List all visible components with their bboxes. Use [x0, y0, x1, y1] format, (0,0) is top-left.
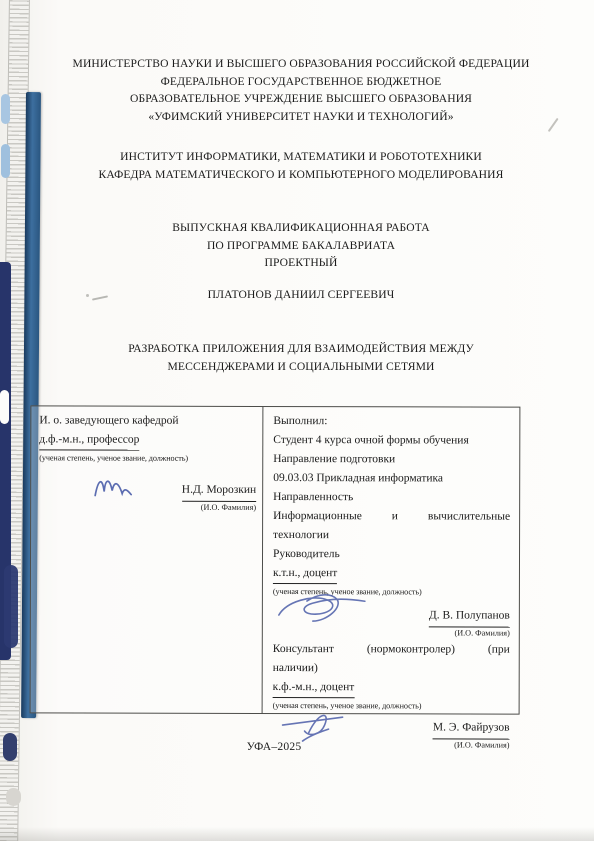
- signature-morozkin: [91, 472, 143, 502]
- consultant-degree: к.ф.-м.н., доцент: [273, 678, 510, 699]
- work-type-line: ВЫПУСКНАЯ КВАЛИФИКАЦИОННАЯ РАБОТА: [34, 219, 568, 237]
- performed-label: Выполнил:: [273, 412, 510, 432]
- consultant-name-row: М. Э. Файрузов: [273, 717, 510, 739]
- dept-head-name: Н.Д. Морозкин: [182, 480, 256, 502]
- university-name: «УФИМСКИЙ УНИВЕРСИТЕТ НАУКИ И ТЕХНОЛОГИЙ…: [34, 108, 568, 126]
- author-name: ПЛАТОНОВ ДАНИИЛ СЕРГЕЕВИЧ: [34, 286, 568, 304]
- supervisor-degree: к.т.н., доцент: [273, 564, 510, 585]
- profile-label: Направленность: [273, 488, 510, 508]
- ministry-line: МИНИСТЕРСТВО НАУКИ И ВЫСШЕГО ОБРАЗОВАНИЯ…: [34, 55, 568, 73]
- thesis-title: РАЗРАБОТКА ПРИЛОЖЕНИЯ ДЛЯ ВЗАИМОДЕЙСТВИЯ…: [34, 340, 568, 376]
- supervisor-label: Руководитель: [273, 545, 510, 565]
- consultant-line1: Консультант (нормоконтролер) (при: [273, 640, 510, 660]
- ministry-line: ОБРАЗОВАТЕЛЬНОЕ УЧРЕЖДЕНИЕ ВЫСШЕГО ОБРАЗ…: [34, 90, 568, 108]
- program-value: 09.03.03 Прикладная информатика: [273, 469, 510, 489]
- supervisor-name-row: Д. В. Полупанов: [273, 605, 510, 627]
- degree-caption: (ученая степень, ученое звание, должност…: [273, 584, 510, 600]
- work-type-block: ВЫПУСКНАЯ КВАЛИФИКАЦИОННАЯ РАБОТА ПО ПРО…: [34, 219, 568, 272]
- scanned-title-page: МИНИСТЕРСТВО НАУКИ И ВЫСШЕГО ОБРАЗОВАНИЯ…: [0, 0, 594, 841]
- binder-ring-highlight: [1, 144, 10, 178]
- approval-table: И. о. заведующего кафедрой д.ф.-м.н., пр…: [30, 405, 521, 714]
- name-caption: (И.О. Фамилия): [273, 626, 510, 641]
- binder-ring-gap: [0, 390, 9, 424]
- thesis-title-line: РАЗРАБОТКА ПРИЛОЖЕНИЯ ДЛЯ ВЗАИМОДЕЙСТВИЯ…: [34, 340, 568, 358]
- punch-hole: [6, 788, 21, 806]
- city-year: УФА–2025: [30, 740, 518, 753]
- degree-caption: (ученая степень, ученое звание, должност…: [273, 698, 510, 714]
- dept-head-name-row: Н.Д. Морозкин: [39, 479, 256, 501]
- binder-navy-capsule: [4, 565, 18, 648]
- supervisor-name: Д. В. Полупанов: [429, 605, 510, 627]
- profile-value-line2: технологии: [273, 526, 510, 546]
- work-type-line: ПО ПРОГРАММЕ БАКАЛАВРИАТА: [34, 237, 568, 255]
- department-name: КАФЕДРА МАТЕМАТИЧЕСКОГО И КОМПЬЮТЕРНОГО …: [34, 166, 568, 184]
- consultant-name: М. Э. Файрузов: [433, 717, 510, 739]
- ministry-header: МИНИСТЕРСТВО НАУКИ И ВЫСШЕГО ОБРАЗОВАНИЯ…: [34, 55, 568, 125]
- dept-head-position: И. о. заведующего кафедрой: [39, 411, 256, 431]
- degree-caption: (ученая степень, ученое звание, должност…: [39, 450, 256, 466]
- approval-cell-student: Выполнил: Студент 4 курса очной формы об…: [263, 407, 520, 714]
- ministry-line: ФЕДЕРАЛЬНОЕ ГОСУДАРСТВЕННОЕ БЮДЖЕТНОЕ: [34, 73, 568, 91]
- name-caption: (И.О. Фамилия): [39, 500, 256, 515]
- binder-ring-highlight: [1, 94, 10, 124]
- program-label: Направление подготовки: [273, 450, 510, 470]
- author-name-text: ПЛАТОНОВ ДАНИИЛ СЕРГЕЕВИЧ: [34, 286, 568, 304]
- thesis-title-line: МЕССЕНДЖЕРАМИ И СОЦИАЛЬНЫМИ СЕТЯМИ: [34, 358, 568, 376]
- binder-ring-end: [3, 733, 17, 761]
- institute-block: ИНСТИТУТ ИНФОРМАТИКИ, МАТЕМАТИКИ И РОБОТ…: [34, 148, 568, 183]
- profile-value-line1: Информационные и вычислительные: [273, 507, 510, 527]
- consultant-line2: наличии): [273, 659, 510, 679]
- work-type-line: ПРОЕКТНЫЙ: [34, 254, 568, 272]
- student-line: Студент 4 курса очной формы обучения: [273, 431, 510, 451]
- dept-head-degree: д.ф.-м.н., профессор: [39, 430, 256, 451]
- institute-name: ИНСТИТУТ ИНФОРМАТИКИ, МАТЕМАТИКИ И РОБОТ…: [34, 148, 568, 166]
- approval-cell-department-head: И. о. заведующего кафедрой д.ф.-м.н., пр…: [31, 406, 264, 713]
